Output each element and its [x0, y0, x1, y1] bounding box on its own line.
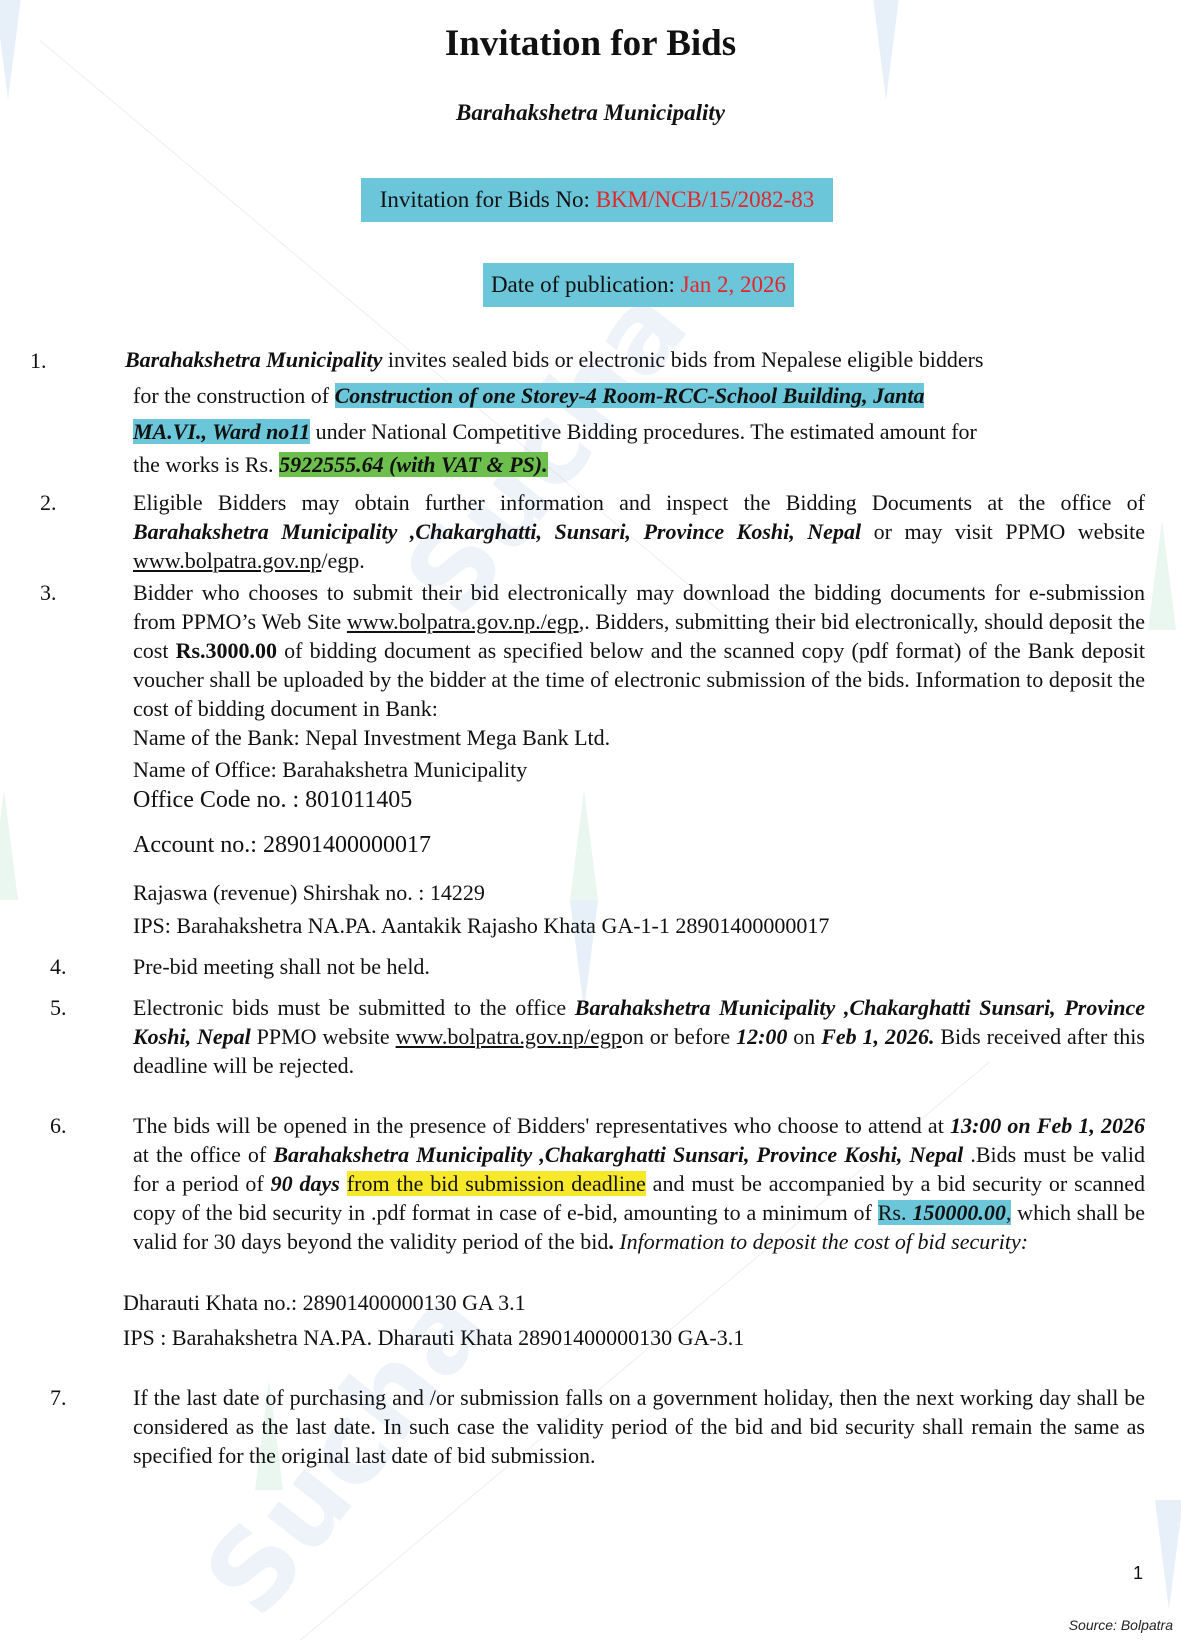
- page-title: Invitation for Bids: [0, 22, 1181, 65]
- bank-name: Name of the Bank: Nepal Investment Mega …: [133, 725, 610, 751]
- validity-period: 90 days: [271, 1171, 340, 1196]
- account-number: Account no.: 28901400000017: [133, 832, 431, 859]
- opening-datetime: 13:00 on Feb 1, 2026: [950, 1113, 1145, 1138]
- bolpatra-link[interactable]: www.bolpatra.gov.np: [133, 548, 321, 573]
- ifb-number-banner: Invitation for Bids No: BKM/NCB/15/2082-…: [361, 178, 833, 222]
- ips-revenue: IPS: Barahakshetra NA.PA. Aantakik Rajas…: [133, 913, 829, 939]
- submission-date: Feb 1, 2026.: [821, 1024, 934, 1049]
- organization-name: Barahakshetra Municipality: [0, 100, 1181, 126]
- document-cost: Rs.3000.00: [176, 638, 277, 663]
- publication-date-banner: Date of publication: Jan 2, 2026: [483, 263, 794, 307]
- submission-time: 12:00: [736, 1024, 787, 1049]
- ifb-label: Invitation for Bids No:: [380, 187, 596, 212]
- item-6: The bids will be opened in the presence …: [133, 1111, 1145, 1256]
- item-number: 5.: [50, 995, 67, 1021]
- org-name: Barahakshetra Municipality: [125, 347, 382, 372]
- bolpatra-egp-link[interactable]: www.bolpatra.gov.np/egp: [396, 1024, 622, 1049]
- item-1-line-1: Barahakshetra Municipality invites seale…: [125, 347, 984, 373]
- deadline-highlight: from the bid submission deadline: [347, 1171, 646, 1196]
- revenue-shirshak: Rajaswa (revenue) Shirshak no. : 14229: [133, 880, 485, 906]
- source-credit: Source: Bolpatra: [1069, 1617, 1173, 1633]
- estimated-amount: 5922555.64 (with VAT & PS).: [279, 452, 548, 477]
- item-number: 3.: [40, 580, 57, 606]
- project-name: Construction of one Storey-4 Room-RCC-Sc…: [335, 383, 925, 408]
- page-number: 1: [1133, 1563, 1143, 1584]
- item-3: Bidder who chooses to submit their bid e…: [133, 578, 1145, 723]
- item-2: Eligible Bidders may obtain further info…: [133, 488, 1145, 575]
- bid-security-amount: 150000.00: [912, 1200, 1006, 1225]
- item-1-line-3: MA.VI., Ward no11 under National Competi…: [133, 419, 977, 445]
- publication-label: Date of publication:: [491, 272, 681, 297]
- office-code: Office Code no. : 801011405: [133, 787, 412, 814]
- item-1-line-2: for the construction of Construction of …: [133, 383, 924, 409]
- item-5: Electronic bids must be submitted to the…: [133, 993, 1145, 1080]
- item-number: 1.: [30, 348, 47, 374]
- item-number: 6.: [50, 1113, 67, 1139]
- ifb-number: BKM/NCB/15/2082-83: [596, 187, 815, 212]
- publication-date: Jan 2, 2026: [681, 272, 786, 297]
- office-name: Name of Office: Barahakshetra Municipali…: [133, 757, 527, 783]
- item-4: Pre-bid meeting shall not be held.: [133, 954, 430, 980]
- ips-dharauti: IPS : Barahakshetra NA.PA. Dharauti Khat…: [123, 1325, 744, 1351]
- item-1-line-4: the works is Rs. 5922555.64 (with VAT & …: [133, 452, 548, 478]
- item-7: If the last date of purchasing and /or s…: [133, 1383, 1145, 1470]
- item-number: 7.: [50, 1385, 67, 1411]
- project-name-cont: MA.VI., Ward no11: [133, 419, 310, 444]
- dharauti-khata: Dharauti Khata no.: 28901400000130 GA 3.…: [123, 1290, 526, 1316]
- item-number: 4.: [50, 954, 67, 980]
- bolpatra-egp-link[interactable]: www.bolpatra.gov.np./egp: [347, 609, 579, 634]
- item-number: 2.: [40, 490, 57, 516]
